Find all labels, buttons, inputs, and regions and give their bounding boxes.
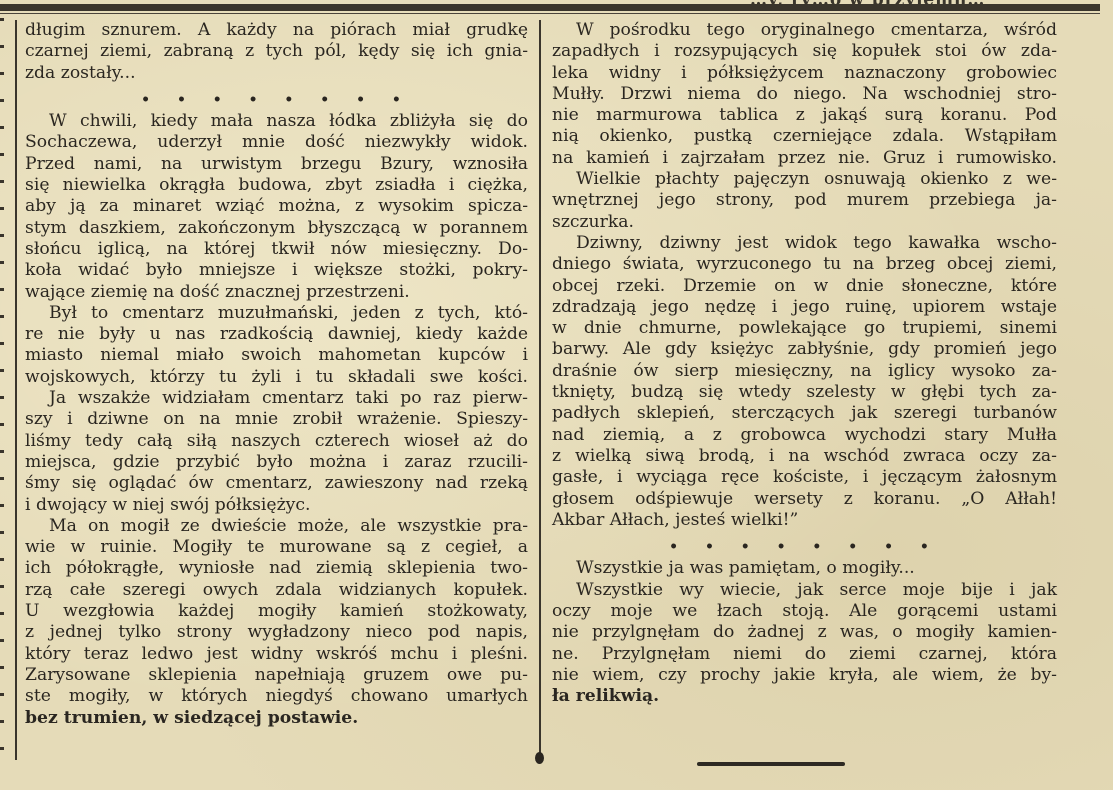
text-line: gasłe, i wyciąga ręce kościste, i jęcząc…	[552, 467, 1057, 488]
text-line: liśmy tedy całą siłą naszych czterech wi…	[25, 431, 528, 452]
text-line: czarnej ziemi, zabraną z tych pól, kędy …	[25, 41, 528, 62]
text-line: nią okienko, pustką czerniejące zdala. W…	[552, 126, 1057, 147]
text-line: obcej rzeki. Drzemie on w dnie słoneczne…	[552, 276, 1057, 297]
text-line: miasto niemal miało swoich mahometan kup…	[25, 345, 528, 366]
text-line: W pośrodku tego oryginalnego cmentarza, …	[552, 20, 1057, 41]
text-line: zapadłych i rozsypujących się kopułek st…	[552, 41, 1057, 62]
paragraph: Był to cmentarz muzułmański, jeden z tyc…	[25, 303, 528, 388]
text-line: tknięty, budzą się wtedy szelesty w głęb…	[552, 382, 1057, 403]
paragraph: Wielkie płachty pajęczyn osnuwają okienk…	[552, 169, 1057, 233]
left-margin-fragments	[0, 18, 6, 778]
text-line: Ma on mogił ze dwieście może, ale wszyst…	[25, 516, 528, 537]
text-line: się niewielka okrągła budowa, zbyt zsiad…	[25, 175, 528, 196]
text-line: Akbar Ałłach, jesteś wielki!”	[552, 510, 1057, 531]
text-line: wnętrznej jego strony, pod murem przebie…	[552, 190, 1057, 211]
text-line: re nie były u nas rzadkością dawniej, ki…	[25, 324, 528, 345]
paragraph: długim sznurem. A każdy na piórach miał …	[25, 20, 528, 84]
text-line: Ja wszakże widziałam cmentarz taki po ra…	[25, 388, 528, 409]
text-line: nie wiem, czy prochy jakie kryła, ale wi…	[552, 665, 1057, 686]
right-column: W pośrodku tego oryginalnego cmentarza, …	[552, 20, 1057, 708]
section-separator: • • • • • • • •	[552, 537, 1057, 558]
text-line: Wszystkie ja was pamiętam, o mogiły...	[552, 558, 1057, 579]
text-line: bez trumien, w siedzącej postawie.	[25, 708, 528, 729]
column-rule-middle	[539, 20, 541, 760]
text-line: ich półokrągłe, wyniosłe nad ziemią skle…	[25, 558, 528, 579]
left-column: długim sznurem. A każdy na piórach miał …	[25, 20, 528, 729]
text-line: rzą całe szeregi owych zdala widzianych …	[25, 580, 528, 601]
text-line: długim sznurem. A każdy na piórach miał …	[25, 20, 528, 41]
text-line: Wszystkie wy wiecie, jak serce moje bije…	[552, 580, 1057, 601]
text-line: barwy. Ale gdy księżyc zabłyśnie, gdy pr…	[552, 339, 1057, 360]
text-line: szy i dziwne on na mnie zrobił wrażenie.…	[25, 409, 528, 430]
text-line: Był to cmentarz muzułmański, jeden z tyc…	[25, 303, 528, 324]
paragraph: Dziwny, dziwny jest widok tego kawałka w…	[552, 233, 1057, 531]
text-line: U wezgłowia każdej mogiły kamień stożkow…	[25, 601, 528, 622]
text-line: na kamień i zajrzałam przez nie. Gruz i …	[552, 148, 1057, 169]
text-line: aby ją za minaret wziąć można, z wysokim…	[25, 196, 528, 217]
text-line: wojskowych, którzy tu żyli i tu składali…	[25, 367, 528, 388]
text-line: zda zostały...	[25, 63, 528, 84]
text-line: wające ziemię na dość znacznej przestrze…	[25, 282, 528, 303]
text-line: nie marmurowa tablica z jakąś surą koran…	[552, 105, 1057, 126]
text-line: głosem odśpiewuje wersety z koranu. „O A…	[552, 489, 1057, 510]
top-rule	[0, 4, 1100, 11]
text-line: Przed nami, na urwistym brzegu Bzury, wz…	[25, 154, 528, 175]
text-line: ła relikwią.	[552, 686, 1057, 707]
paragraph: Wszystkie ja was pamiętam, o mogiły...	[552, 558, 1057, 579]
text-line: leka widny i półksiężycem naznaczony gro…	[552, 63, 1057, 84]
text-line: Dziwny, dziwny jest widok tego kawałka w…	[552, 233, 1057, 254]
text-line: słońcu iglicą, na której tkwił nów miesi…	[25, 239, 528, 260]
text-line: ne. Przylgnęłam niemi do ziemi czarnej, …	[552, 644, 1057, 665]
text-line: Sochaczewa, uderzył mnie dość niezwykły …	[25, 132, 528, 153]
text-line: z jednej tylko strony wygładzony nieco p…	[25, 622, 528, 643]
section-separator: • • • • • • • •	[25, 90, 528, 111]
text-line: stym daszkiem, zakończonym błyszczącą w …	[25, 218, 528, 239]
text-line: w dnie chmurne, powlekające go trupiemi,…	[552, 318, 1057, 339]
top-rule-thin	[0, 13, 1100, 14]
text-line: śmy się oglądać ów cmentarz, zawieszony …	[25, 473, 528, 494]
paragraph: Wszystkie wy wiecie, jak serce moje bije…	[552, 580, 1057, 708]
text-line: W chwili, kiedy mała nasza łódka zbliżył…	[25, 111, 528, 132]
paragraph: Ma on mogił ze dwieście może, ale wszyst…	[25, 516, 528, 729]
text-line: koła widać było mniejsze i większe stożk…	[25, 260, 528, 281]
text-line: i dwojący w niej swój półksiężyc.	[25, 495, 528, 516]
text-line: miejsca, gdzie przybić było można i zara…	[25, 452, 528, 473]
text-line: ste mogiły, w których niegdyś chowano um…	[25, 686, 528, 707]
text-line: Mułły. Drzwi niema do niego. Na wschodni…	[552, 84, 1057, 105]
text-line: Zarysowane sklepienia napełniają gruzem …	[25, 665, 528, 686]
article-end-rule	[697, 762, 845, 766]
text-line: padłych sklepień, sterczących jak szereg…	[552, 403, 1057, 424]
text-line: wie w ruinie. Mogiły te murowane są z ce…	[25, 537, 528, 558]
text-line: dniego świata, wyrzuconego tu na brzeg o…	[552, 254, 1057, 275]
text-line: szczurka.	[552, 212, 1057, 233]
text-line: zdradzają jego nędzę i jego ruinę, upior…	[552, 297, 1057, 318]
text-line: który teraz ledwo jest widny wskróś mchu…	[25, 644, 528, 665]
text-line: z wielką siwą brodą, i na wschód zwraca …	[552, 446, 1057, 467]
text-line: nie przylgnęłam do żadnej z was, o mogił…	[552, 622, 1057, 643]
text-line: draśnie ów sierp miesięczny, na iglicy w…	[552, 361, 1057, 382]
text-line: nad ziemią, a z grobowca wychodzi stary …	[552, 425, 1057, 446]
text-line: Wielkie płachty pajęczyn osnuwają okienk…	[552, 169, 1057, 190]
paragraph: Ja wszakże widziałam cmentarz taki po ra…	[25, 388, 528, 516]
paragraph: W pośrodku tego oryginalnego cmentarza, …	[552, 20, 1057, 169]
text-line: oczy moje we łzach stoją. Ale gorącemi u…	[552, 601, 1057, 622]
column-rule-end-dot	[535, 752, 544, 764]
paragraph: W chwili, kiedy mała nasza łódka zbliżył…	[25, 111, 528, 303]
column-rule-left	[15, 20, 17, 760]
